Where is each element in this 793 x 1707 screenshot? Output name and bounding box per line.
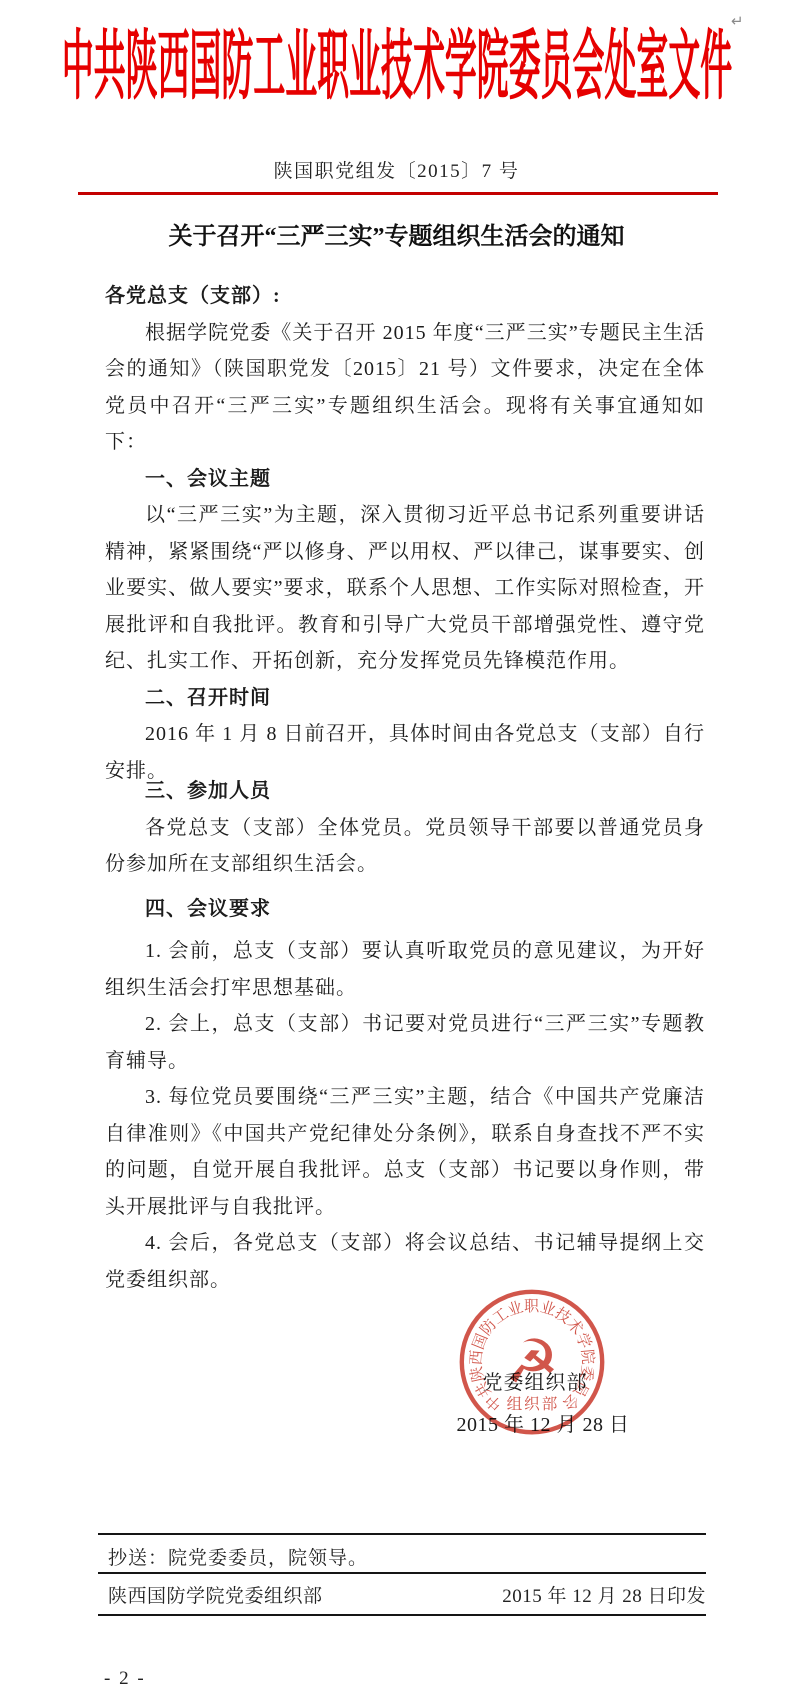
section-3-heading: 三、参加人员 [105, 773, 705, 810]
section-1-heading: 一、会议主题 [105, 461, 705, 498]
section-1-text: 以“三严三实”为主题，深入贯彻习近平总书记系列重要讲话精神，紧紧围绕“严以修身、… [105, 497, 705, 680]
hammer-and-sickle-icon: ☭ [505, 1328, 559, 1398]
intro-paragraph: 根据学院党委《关于召开 2015 年度“三严三实”专题民主生活会的通知》（陕国职… [105, 315, 705, 461]
seal-bottom-text: 组织部 [507, 1395, 560, 1413]
footer-issuer-row: 陕西国防学院党委组织部 2015 年 12 月 28 日印发 [108, 1581, 706, 1608]
document-body: 各党总支（支部）: 根据学院党委《关于召开 2015 年度“三严三实”专题民主生… [105, 278, 705, 1298]
footer-issuer: 陕西国防学院党委组织部 [108, 1581, 323, 1608]
letterhead-org-title: 中共陕西国防工业职业技术学院委员会处室文件 [61, 24, 731, 110]
footer-rule-middle [98, 1572, 706, 1574]
document-number: 陕国职党组发〔2015〕7 号 [0, 156, 793, 183]
section-3-text: 各党总支（支部）全体党员。党员领导干部要以普通党员身份参加所在支部组织生活会。 [105, 810, 705, 883]
footer-print-date: 2015 年 12 月 28 日印发 [502, 1581, 706, 1608]
official-seal: 中共陕西国防工业职业技术学院委员会 ☭ 组织部 [452, 1286, 612, 1442]
page-number: - 2 - [104, 1668, 146, 1690]
footer-rule-top [98, 1533, 706, 1535]
requirement-item-3: 3. 每位党员要围绕“三严三实”主题，结合《中国共产党廉洁自律准则》《中国共产党… [105, 1079, 705, 1225]
requirement-item-4: 4. 会后，各党总支（支部）将会议总结、书记辅导提纲上交党委组织部。 [105, 1225, 705, 1298]
section-4-heading: 四、会议要求 [105, 891, 705, 928]
footer-rule-bottom [98, 1614, 706, 1616]
footer-cc-line: 抄送：院党委委员，院领导。 [108, 1543, 368, 1570]
letterhead: 中共陕西国防工业职业技术学院委员会处室文件 [0, 24, 793, 110]
requirement-item-2: 2. 会上，总支（支部）书记要对党员进行“三严三实”专题教育辅导。 [105, 1006, 705, 1079]
red-divider-rule [78, 192, 718, 195]
requirement-item-1: 1. 会前，总支（支部）要认真听取党员的意见建议，为开好组织生活会打牢思想基础。 [105, 933, 705, 1006]
salutation: 各党总支（支部）: [105, 278, 705, 315]
section-2-heading: 二、召开时间 [105, 680, 705, 717]
document-title: 关于召开“三严三实”专题组织生活会的通知 [0, 216, 793, 251]
official-document-page: ↵ 中共陕西国防工业职业技术学院委员会处室文件 陕国职党组发〔2015〕7 号 … [0, 0, 793, 1707]
